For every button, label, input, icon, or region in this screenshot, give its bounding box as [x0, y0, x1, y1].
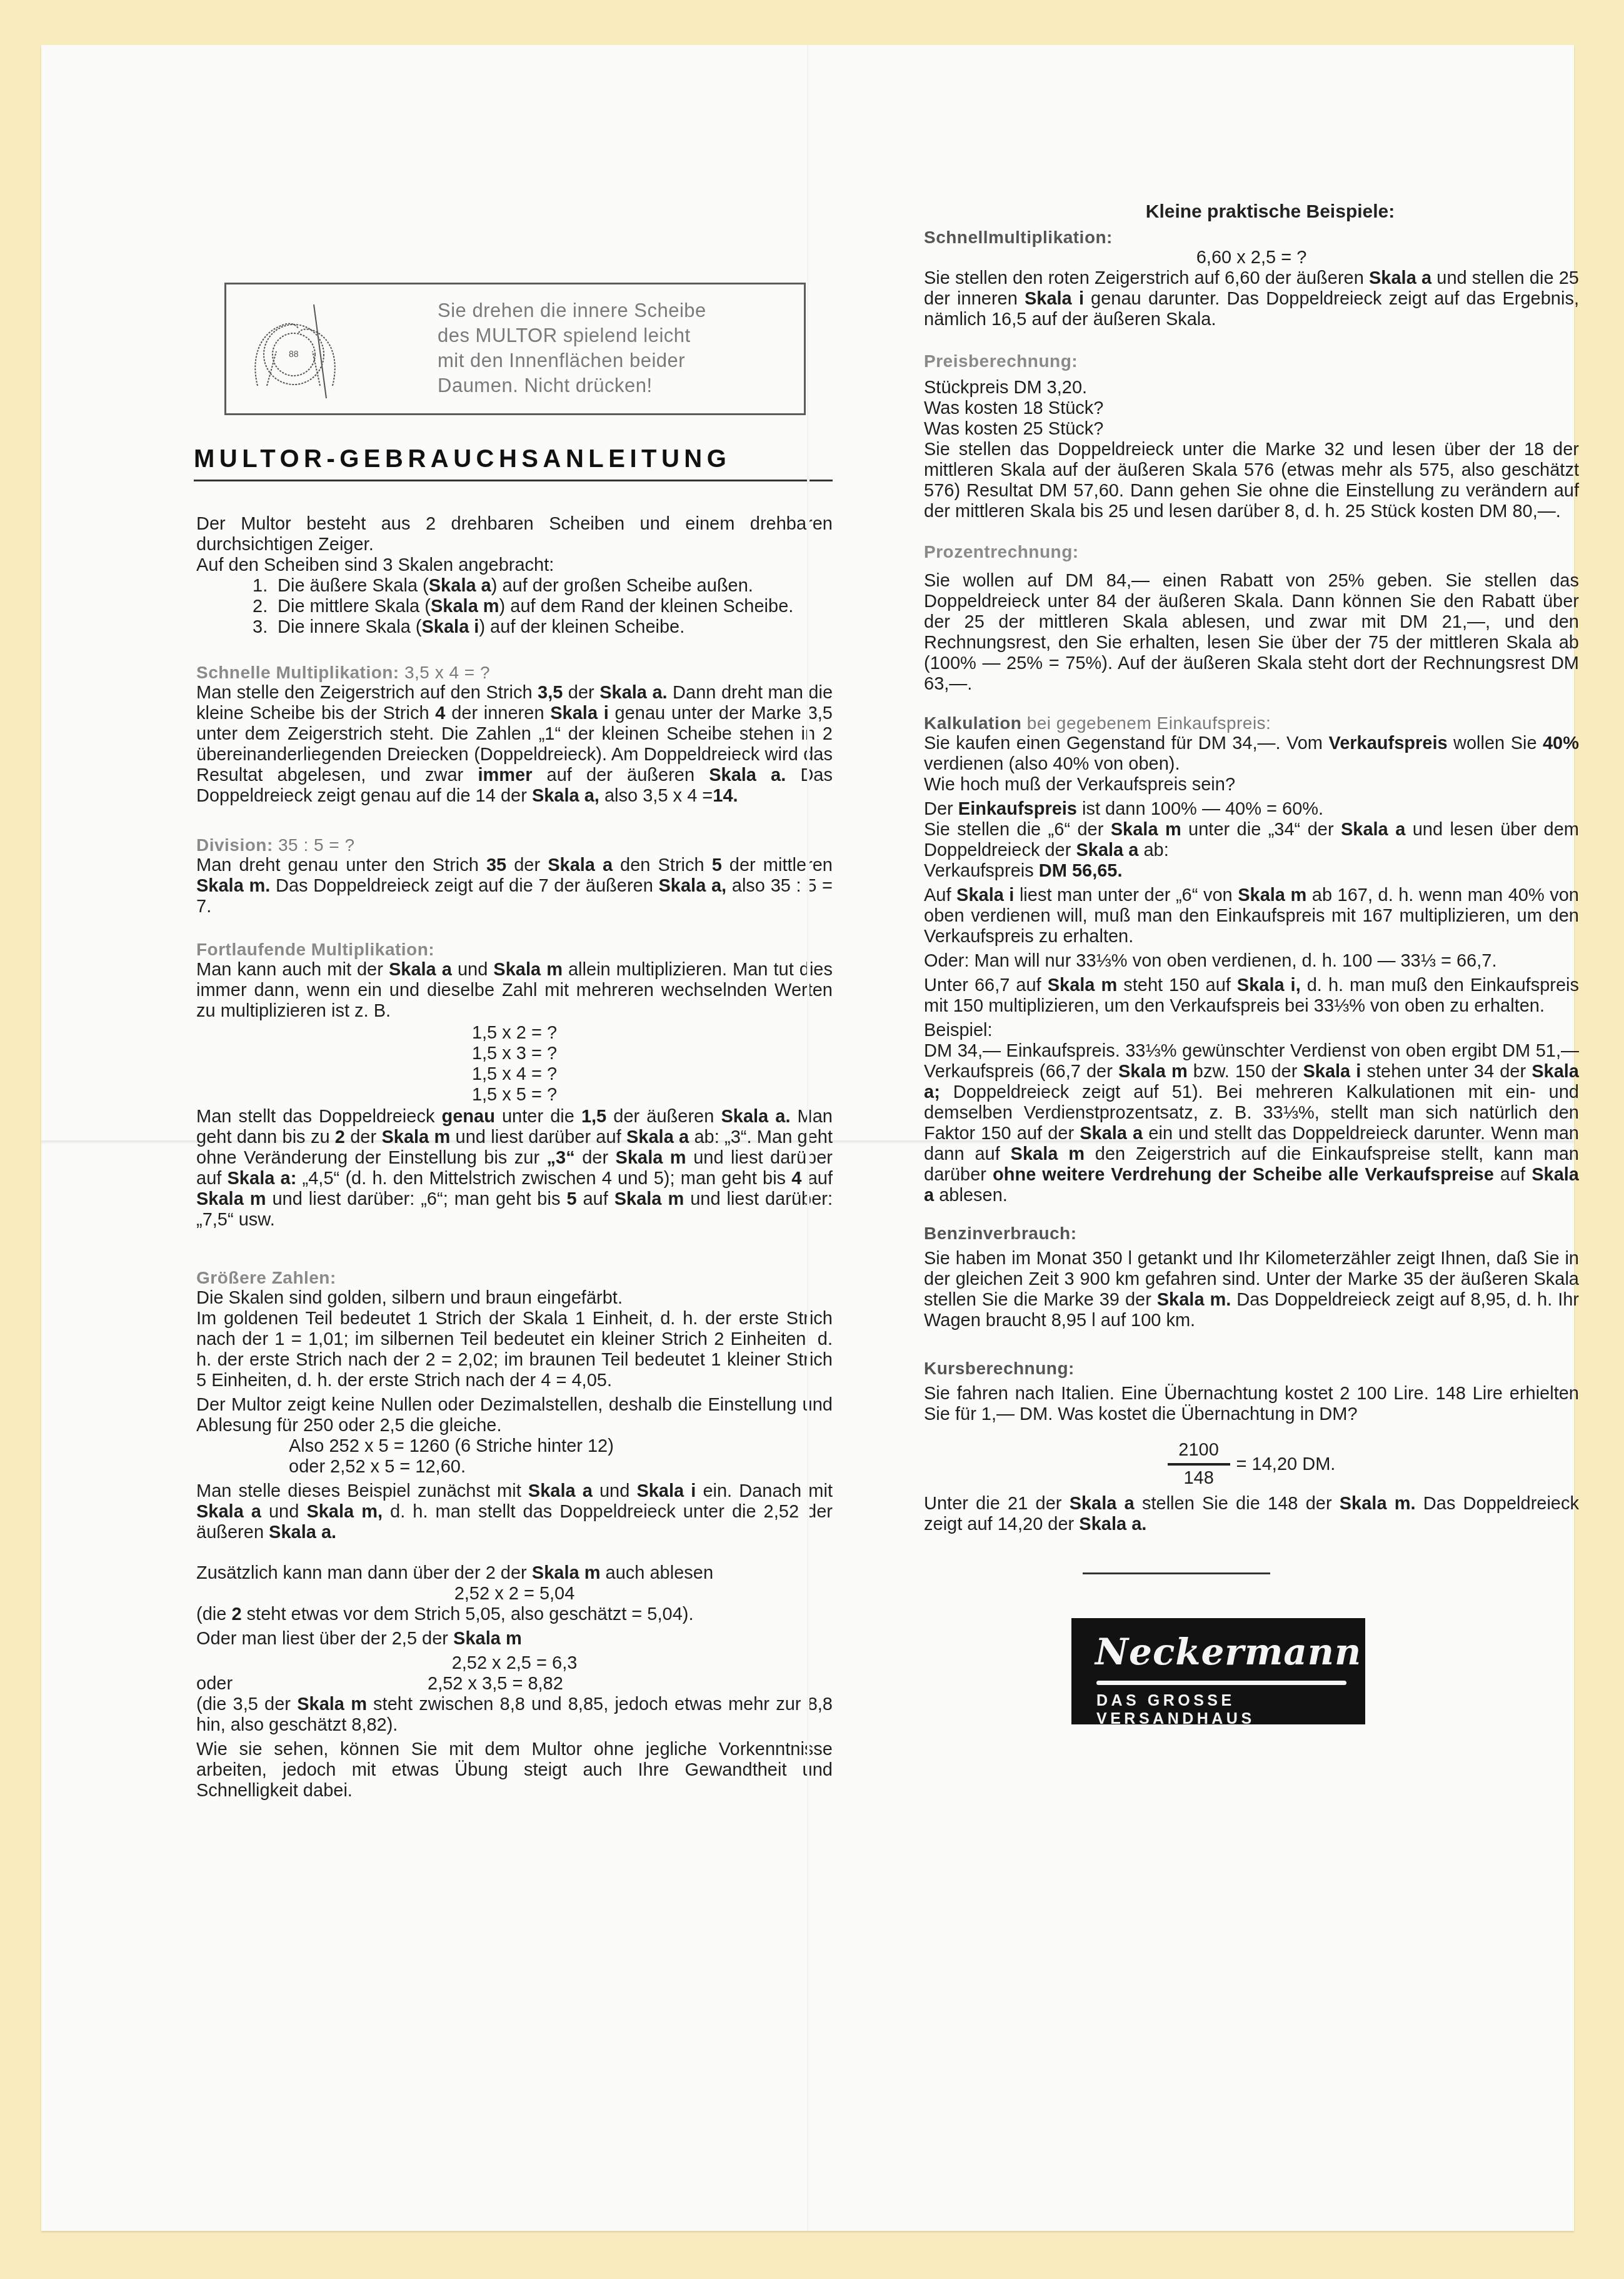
- schnellmultiplikation-text: Sie stellen den roten Zeigerstrich auf 6…: [924, 268, 1579, 330]
- intro-paragraph: Der Multor besteht aus 2 drehbaren Schei…: [196, 514, 833, 555]
- list-item: 1.Die äußere Skala (Skala a) auf der gro…: [253, 576, 833, 596]
- example-block: Also 252 x 5 = 1260 (6 Striche hinter 12…: [196, 1436, 833, 1477]
- neckermann-logo: Neckermann DAS GROSSE VERSANDHAUS: [1071, 1618, 1365, 1724]
- formula-list: 1,5 x 2 = ? 1,5 x 3 = ? 1,5 x 4 = ? 1,5 …: [196, 1023, 833, 1105]
- document-title: MULTOR-GEBRAUCHSANLEITUNG: [194, 445, 833, 481]
- kalkulation-p3: Sie stellen die „6“ der Skala m unter di…: [924, 820, 1579, 861]
- kalkulation-p1b: Wie hoch muß der Verkaufspreis sein?: [924, 775, 1579, 795]
- section-heading-kalkulation: Kalkulation bei gegebenem Einkaufspreis:: [924, 713, 1579, 733]
- prozentrechnung-text: Sie wollen auf DM 84,— einen Rabatt von …: [924, 571, 1579, 695]
- section-heading-benzinverbrauch: Benzinverbrauch:: [924, 1224, 1579, 1244]
- kursberechnung-text: Sie fahren nach Italien. Eine Übernachtu…: [924, 1384, 1579, 1425]
- kursberechnung-explanation: Unter die 21 der Skala a stellen Sie die…: [924, 1494, 1579, 1535]
- svg-text:88: 88: [289, 349, 299, 359]
- brand-tagline: DAS GROSSE VERSANDHAUS: [1096, 1692, 1365, 1728]
- schnelle-multiplikation-text: Man stelle den Zeigerstrich auf den Stri…: [196, 683, 833, 807]
- fortlaufende-text: Man kann auch mit der Skala a und Skala …: [196, 960, 833, 1022]
- fraction-result: = 14,20 DM.: [1236, 1454, 1336, 1475]
- usage-tip-text: Sie drehen die innere Scheibe des MULTOR…: [438, 298, 788, 398]
- formula: 6,60 x 2,5 = ?: [924, 248, 1579, 268]
- section-heading-prozentrechnung: Prozentrechnung:: [924, 542, 1579, 562]
- kalkulation-p1: Sie kaufen einen Gegenstand für DM 34,—.…: [924, 733, 1579, 775]
- scales-list: 1.Die äußere Skala (Skala a) auf der gro…: [253, 576, 833, 638]
- kalkulation-p2: Der Einkaufspreis ist dann 100% — 40% = …: [924, 799, 1579, 820]
- section-heading-preisberechnung: Preisberechnung:: [924, 351, 1579, 371]
- section-heading-fortlaufende-multiplikation: Fortlaufende Multiplikation:: [196, 940, 833, 960]
- groessere-p5: Zusätzlich kann man dann über der 2 der …: [196, 1563, 833, 1584]
- denominator: 148: [1183, 1468, 1213, 1489]
- kalkulation-p4: Auf Skala i liest man unter der „6“ von …: [924, 885, 1579, 947]
- preisberechnung-text: Sie stellen das Doppeldreieck unter die …: [924, 440, 1579, 522]
- groessere-p6: (die 2 steht etwas vor dem Strich 5,05, …: [196, 1604, 833, 1625]
- numerator: 2100: [1178, 1440, 1219, 1461]
- division-text: Man dreht genau unter den Strich 35 der …: [196, 855, 833, 917]
- examples-title: Kleine praktische Beispiele:: [961, 201, 1579, 223]
- currency-fraction: 2100 148 = 14,20 DM.: [924, 1440, 1579, 1489]
- groessere-p3: Der Multor zeigt keine Nullen oder Dezim…: [196, 1395, 833, 1436]
- benzinverbrauch-text: Sie haben im Monat 350 l getankt und Ihr…: [924, 1249, 1579, 1331]
- end-divider: [1083, 1572, 1270, 1574]
- formula: 1,5 x 3 = ?: [196, 1044, 833, 1064]
- groessere-p1: Die Skalen sind golden, silbern und brau…: [196, 1288, 833, 1309]
- kalkulation-p3b: Verkaufspreis DM 56,65.: [924, 861, 1579, 882]
- list-item: 3.Die innere Skala (Skala i) auf der kle…: [253, 617, 833, 638]
- section-heading-schnellmultiplikation: Schnellmultiplikation:: [924, 228, 1579, 248]
- fortlaufende-explanation: Man stellt das Doppeldreieck genau unter…: [196, 1107, 833, 1230]
- intro-section: Der Multor besteht aus 2 drehbaren Schei…: [196, 514, 833, 638]
- formula: 2,52 x 2,5 = 6,3: [196, 1653, 833, 1674]
- list-item: 2.Die mittlere Skala (Skala m) auf dem R…: [253, 596, 833, 617]
- section-heading-schnelle-multiplikation: Schnelle Multiplikation: 3,5 x 4 = ?: [196, 663, 833, 683]
- formula: 1,5 x 4 = ?: [196, 1064, 833, 1085]
- price-question-lines: Stückpreis DM 3,20. Was kosten 18 Stück?…: [924, 378, 1579, 440]
- brand-wordmark: Neckermann: [1095, 1631, 1361, 1673]
- section-heading-groessere-zahlen: Größere Zahlen:: [196, 1268, 833, 1288]
- kalkulation-p6: Unter 66,7 auf Skala m steht 150 auf Ska…: [924, 975, 1579, 1017]
- groessere-p9: Wie sie sehen, können Sie mit dem Multor…: [196, 1739, 833, 1801]
- intro-scales-lead: Auf den Scheiben sind 3 Skalen angebrach…: [196, 555, 833, 576]
- hands-holding-multor-icon: 88: [239, 292, 345, 405]
- formula: 1,5 x 5 = ?: [196, 1085, 833, 1105]
- formula: 1,5 x 2 = ?: [196, 1023, 833, 1044]
- section-heading-division: Division: 35 : 5 = ?: [196, 835, 833, 855]
- fraction-bar: [1168, 1463, 1230, 1466]
- formula: 2,52 x 2 = 5,04: [196, 1584, 833, 1604]
- formula-oder-row: oder 2,52 x 3,5 = 8,82: [196, 1674, 833, 1694]
- groessere-p8: (die 3,5 der Skala m steht zwischen 8,8 …: [196, 1694, 833, 1736]
- groessere-p7: Oder man liest über der 2,5 der Skala m: [196, 1629, 833, 1649]
- logo-swash: [1096, 1681, 1346, 1685]
- left-column: 88 Sie drehen die innere Scheibe des MUL…: [196, 283, 833, 1801]
- kalkulation-p7: Beispiel:: [924, 1020, 1579, 1041]
- groessere-p2: Im goldenen Teil bedeutet 1 Strich der S…: [196, 1309, 833, 1391]
- kalkulation-p5: Oder: Man will nur 33⅓% von oben verdien…: [924, 951, 1579, 972]
- kalkulation-p8: DM 34,— Einkaufspreis. 33⅓% gewünschter …: [924, 1041, 1579, 1206]
- section-heading-kursberechnung: Kursberechnung:: [924, 1359, 1579, 1379]
- instruction-sheet: 88 Sie drehen die innere Scheibe des MUL…: [41, 45, 1574, 2231]
- groessere-p4: Man stelle dieses Beispiel zunächst mit …: [196, 1481, 833, 1543]
- usage-tip-box: 88 Sie drehen die innere Scheibe des MUL…: [224, 283, 806, 415]
- right-column: Kleine praktische Beispiele: Schnellmult…: [924, 201, 1579, 1724]
